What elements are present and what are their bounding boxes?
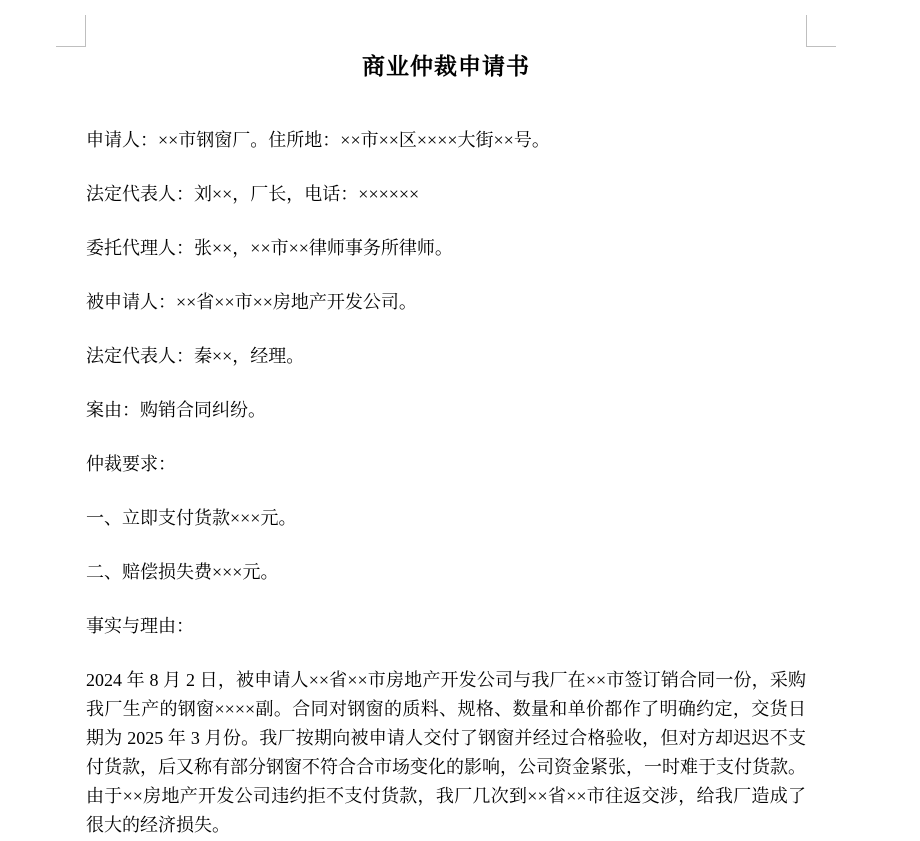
document-page: 商业仲裁申请书 申请人：××市钢窗厂。住所地：××市××区××××大街××号。 …: [0, 0, 920, 841]
paragraph-facts-body[interactable]: 2024 年 8 月 2 日，被申请人××省××市房地产开发公司与我厂在××市签…: [86, 666, 806, 840]
paragraph-cause[interactable]: 案由：购销合同纠纷。: [86, 396, 806, 425]
paragraph-agent[interactable]: 委托代理人：张××，××市××律师事务所律师。: [86, 234, 806, 263]
text-boundary-mark-top-right: [806, 15, 836, 47]
document-title[interactable]: 商业仲裁申请书: [86, 50, 806, 84]
paragraph-legal-rep-applicant[interactable]: 法定代表人：刘××，厂长，电话：××××××: [86, 180, 806, 209]
text-boundary-mark-top-left: [56, 15, 86, 47]
document-body[interactable]: 商业仲裁申请书 申请人：××市钢窗厂。住所地：××市××区××××大街××号。 …: [86, 50, 806, 840]
paragraph-facts-heading[interactable]: 事实与理由：: [86, 612, 806, 641]
paragraph-request-item-2[interactable]: 二、赔偿损失费×××元。: [86, 558, 806, 587]
paragraph-legal-rep-respondent[interactable]: 法定代表人：秦××，经理。: [86, 342, 806, 371]
paragraph-respondent[interactable]: 被申请人：××省××市××房地产开发公司。: [86, 288, 806, 317]
paragraph-arbitration-request-heading[interactable]: 仲裁要求：: [86, 450, 806, 479]
paragraph-applicant[interactable]: 申请人：××市钢窗厂。住所地：××市××区××××大街××号。: [86, 126, 806, 155]
paragraph-request-item-1[interactable]: 一、立即支付货款×××元。: [86, 504, 806, 533]
